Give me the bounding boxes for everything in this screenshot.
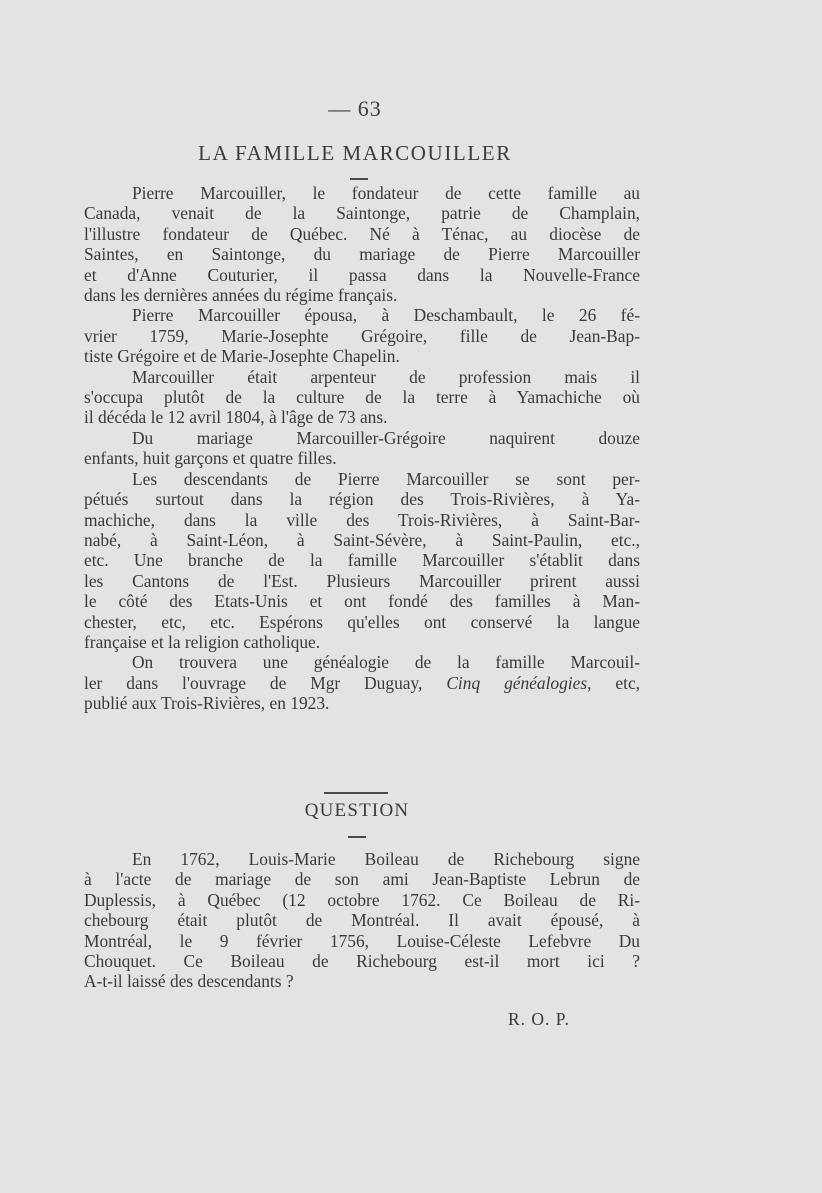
text-line: Du mariage Marcouiller-Grégoire naquiren…	[84, 428, 640, 448]
text-line: En 1762, Louis-Marie Boileau de Richebou…	[84, 849, 640, 869]
text-line: Marcouiller était arpenteur de professio…	[84, 367, 640, 387]
text-line: Les descendants de Pierre Marcouiller se…	[84, 469, 640, 489]
text-line: l'illustre fondateur de Québec. Né à Tén…	[84, 224, 640, 244]
text-line: pétués surtout dans la région des Trois-…	[84, 489, 640, 509]
text-line: il décéda le 12 avril 1804, à l'âge de 7…	[84, 407, 640, 427]
title-dash-divider	[350, 178, 368, 180]
text-line: Pierre Marcouiller, le fondateur de cett…	[84, 183, 640, 203]
signature: R. O. P.	[508, 1009, 570, 1030]
text-line: publié aux Trois-Rivières, en 1923.	[84, 693, 640, 713]
text-line: Saintes, en Saintonge, du mariage de Pie…	[84, 244, 640, 264]
text-line: nabé, à Saint-Léon, à Saint-Sévère, à Sa…	[84, 530, 640, 550]
text-line: etc. Une branche de la famille Marcouill…	[84, 550, 640, 570]
text-fragment: , etc,	[587, 673, 640, 693]
article-body: Pierre Marcouiller, le fondateur de cett…	[84, 183, 640, 714]
text-line: les Cantons de l'Est. Plusieurs Marcouil…	[84, 571, 640, 591]
text-line: On trouvera une généalogie de la famille…	[84, 652, 640, 672]
text-line: et d'Anne Couturier, il passa dans la No…	[84, 265, 640, 285]
question-heading: QUESTION	[0, 800, 714, 822]
text-fragment: ler dans l'ouvrage de Mgr Duguay,	[84, 673, 446, 693]
text-line: Canada, venait de la Saintonge, patrie d…	[84, 203, 640, 223]
question-body: En 1762, Louis-Marie Boileau de Richebou…	[84, 849, 640, 992]
book-title: Cinq généalogies	[446, 673, 587, 693]
text-line: machiche, dans la ville des Trois-Rivièr…	[84, 510, 640, 530]
text-line: tiste Grégoire et de Marie-Josephte Chap…	[84, 346, 640, 366]
text-line: Pierre Marcouiller épousa, à Deschambaul…	[84, 305, 640, 325]
text-line: A-t-il laissé des descendants ?	[84, 971, 640, 991]
document-page: — 63 LA FAMILLE MARCOUILLER Pierre Marco…	[0, 0, 822, 1193]
page-number: — 63	[0, 96, 710, 122]
text-line: enfants, huit garçons et quatre filles.	[84, 448, 640, 468]
text-line: s'occupa plutôt de la culture de la terr…	[84, 387, 640, 407]
text-line: Duplessis, à Québec (12 octobre 1762. Ce…	[84, 890, 640, 910]
text-line: Montréal, le 9 février 1756, Louise-Céle…	[84, 931, 640, 951]
text-line: française et la religion catholique.	[84, 632, 640, 652]
text-line: chebourg était plutôt de Montréal. Il av…	[84, 910, 640, 930]
text-line: chester, etc, etc. Espérons qu'elles ont…	[84, 612, 640, 632]
text-line: Chouquet. Ce Boileau de Richebourg est-i…	[84, 951, 640, 971]
text-line: le côté des Etats-Unis et ont fondé des …	[84, 591, 640, 611]
text-line-with-citation: ler dans l'ouvrage de Mgr Duguay, Cinq g…	[84, 673, 640, 693]
article-title: LA FAMILLE MARCOUILLER	[0, 141, 710, 166]
text-line: dans les dernières années du régime fran…	[84, 285, 640, 305]
text-line: vrier 1759, Marie-Josephte Grégoire, fil…	[84, 326, 640, 346]
question-dash-divider	[348, 836, 366, 838]
text-line: à l'acte de mariage de son ami Jean-Bapt…	[84, 869, 640, 889]
section-divider	[324, 792, 388, 794]
